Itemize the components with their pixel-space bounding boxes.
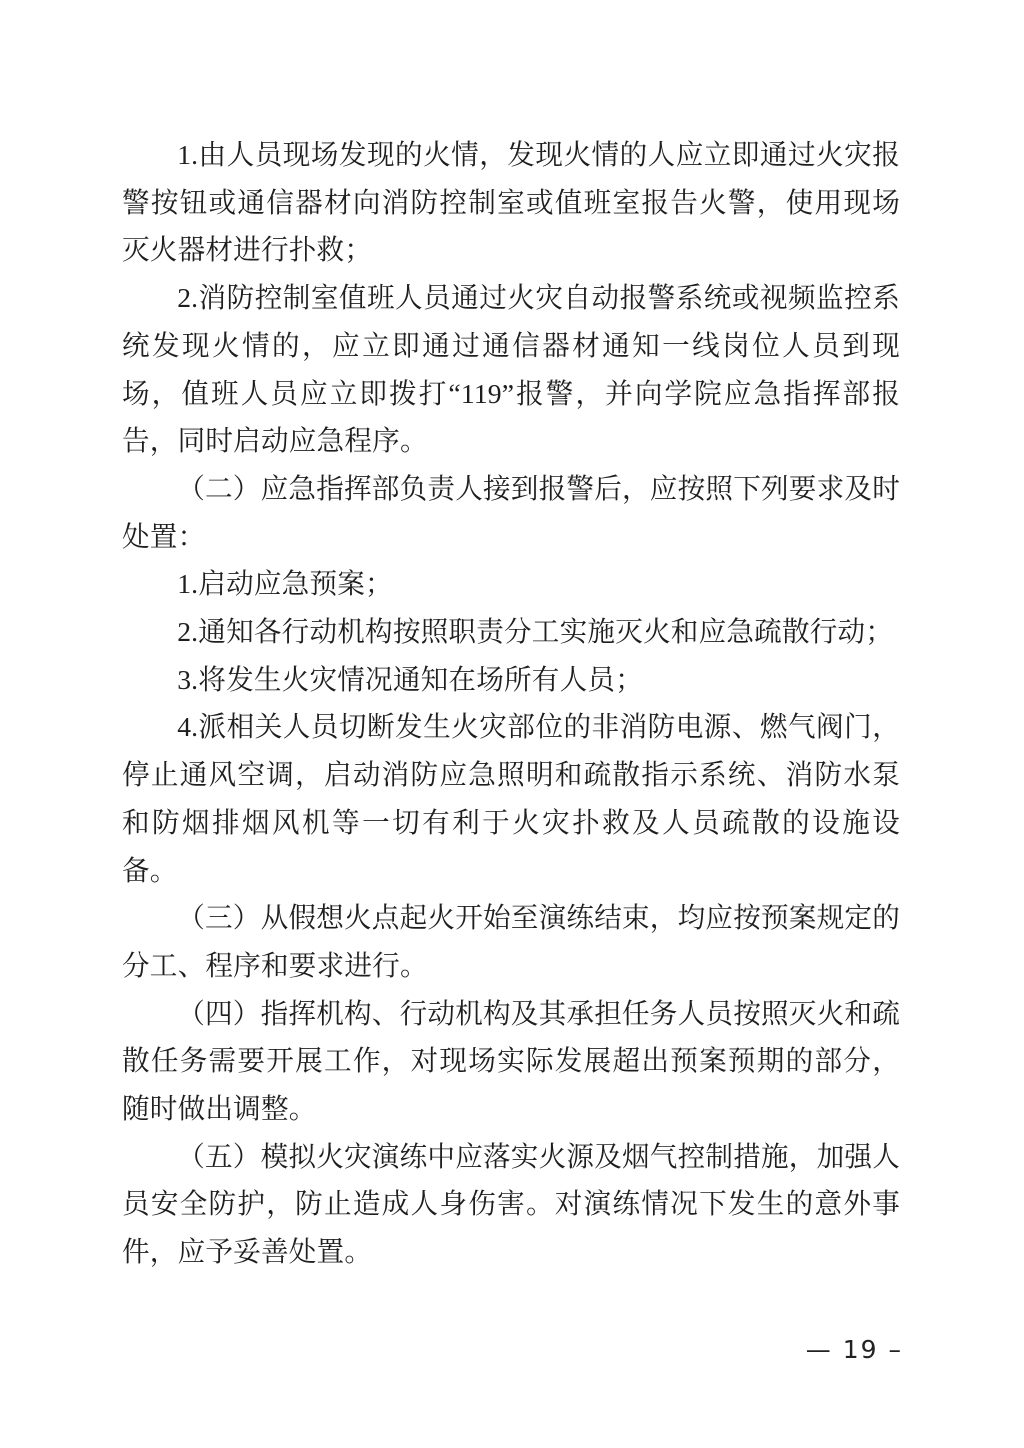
paragraph-control-room-duty: 2.消防控制室值班人员通过火灾自动报警系统或视频监控系统发现火情的，应立即通过通… [122, 274, 900, 465]
paragraph-section-3-drill-rules: （三）从假想火点起火开始至演练结束，均应按预案规定的分工、程序和要求进行。 [122, 894, 900, 989]
document-body: 1.由人员现场发现的火情，发现火情的人应立即通过火灾报警按钮或通信器材向消防控制… [122, 131, 900, 1276]
paragraph-section-4-adjustment: （四）指挥机构、行动机构及其承担任务人员按照灭火和疏散任务需要开展工作，对现场实… [122, 990, 900, 1133]
paragraph-fire-report-by-person: 1.由人员现场发现的火情，发现火情的人应立即通过火灾报警按钮或通信器材向消防控制… [122, 131, 900, 274]
paragraph-item-3-notify-people: 3.将发生火灾情况通知在场所有人员； [122, 656, 900, 704]
document-page: 1.由人员现场发现的火情，发现火情的人应立即通过火灾报警按钮或通信器材向消防控制… [0, 0, 1024, 1448]
paragraph-item-2-notify-units: 2.通知各行动机构按照职责分工实施灭火和应急疏散行动； [122, 608, 900, 656]
paragraph-item-4-cut-power: 4.派相关人员切断发生火灾部位的非消防电源、燃气阀门，停止通风空调，启动消防应急… [122, 703, 900, 894]
paragraph-section-2-heading: （二）应急指挥部负责人接到报警后，应按照下列要求及时处置： [122, 465, 900, 560]
paragraph-item-1-start-plan: 1.启动应急预案； [122, 560, 900, 608]
page-number: — 19 – [806, 1336, 903, 1364]
paragraph-section-5-safety: （五）模拟火灾演练中应落实火源及烟气控制措施，加强人员安全防护，防止造成人身伤害… [122, 1133, 900, 1276]
